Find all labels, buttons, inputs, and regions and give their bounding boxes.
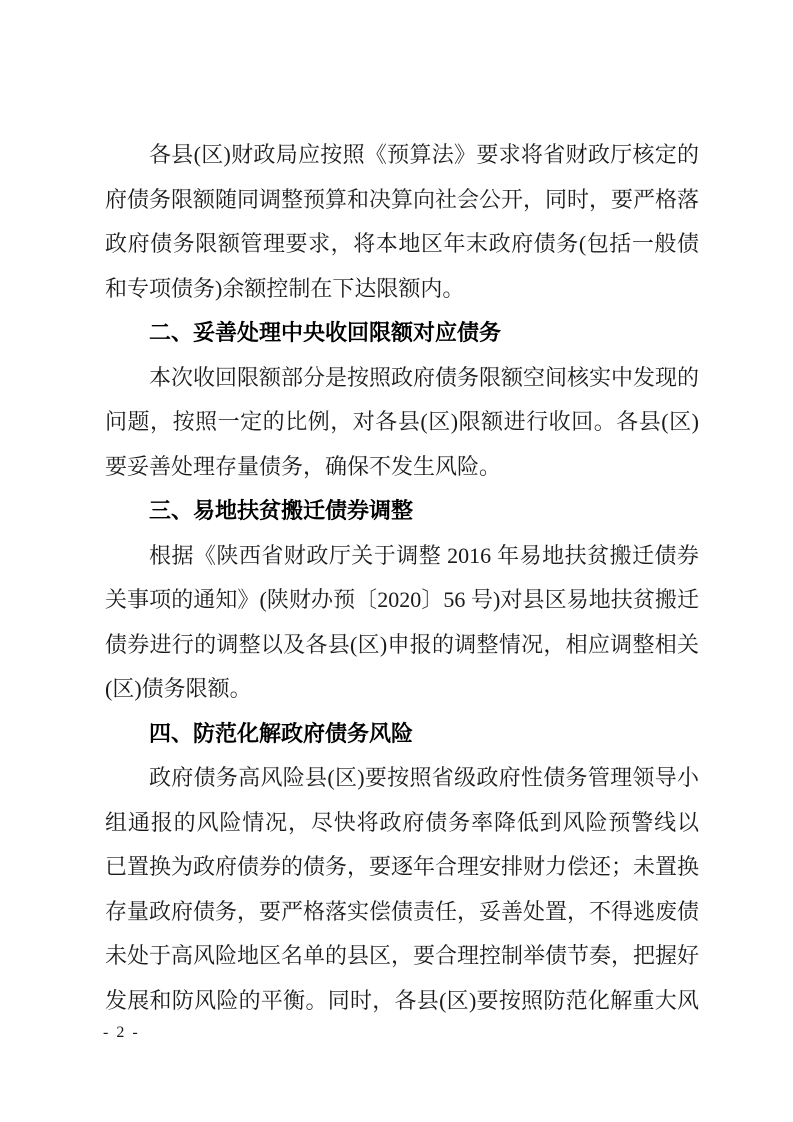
body-line: 关事项的通知》(陕财办预〔2020〕56 号)对县区易地扶贫搬迁: [105, 578, 699, 623]
body-line: 组通报的风险情况，尽快将政府债务率降低到风险预警线以下。: [105, 801, 699, 846]
section-heading-4: 四、防范化解政府债务风险: [105, 712, 699, 757]
document-page: 各县(区)财政局应按照《预算法》要求将省财政厅核定的政 府债务限额随同调整预算和…: [0, 0, 793, 1122]
body-line: 本次收回限额部分是按照政府债务限额空间核实中发现的: [105, 356, 699, 401]
body-line: 存量政府债务，要严格落实偿债责任，妥善处置，不得逃废债务。: [105, 890, 699, 935]
body-line: 政府债务高风险县(区)要按照省级政府性债务管理领导小: [105, 756, 699, 801]
section-heading-2: 二、妥善处理中央收回限额对应债务: [105, 311, 699, 356]
document-body: 各县(区)财政局应按照《预算法》要求将省财政厅核定的政 府债务限额随同调整预算和…: [105, 133, 699, 1023]
body-line: 各县(区)财政局应按照《预算法》要求将省财政厅核定的政: [105, 133, 699, 178]
body-line: 发展和防风险的平衡。同时，各县(区)要按照防范化解重大风险: [105, 979, 699, 1024]
body-line: 已置换为政府债券的债务，要逐年合理安排财力偿还；未置换的: [105, 845, 699, 890]
body-line: 问题，按照一定的比例，对各县(区)限额进行收回。各县(区): [105, 400, 699, 445]
body-line: 要妥善处理存量债务，确保不发生风险。: [105, 445, 699, 490]
body-line: (区)债务限额。: [105, 667, 699, 712]
section-heading-3: 三、易地扶贫搬迁债券调整: [105, 489, 699, 534]
body-line: 债券进行的调整以及各县(区)申报的调整情况，相应调整相关县: [105, 623, 699, 668]
body-line: 府债务限额随同调整预算和决算向社会公开，同时，要严格落实: [105, 178, 699, 223]
body-line: 政府债务限额管理要求，将本地区年末政府债务(包括一般债务: [105, 222, 699, 267]
body-line: 未处于高风险地区名单的县区，要合理控制举债节奏，把握好促: [105, 934, 699, 979]
body-line: 根据《陕西省财政厅关于调整 2016 年易地扶贫搬迁债券有: [105, 534, 699, 579]
page-number: - 2 -: [103, 1022, 140, 1044]
body-line: 和专项债务)余额控制在下达限额内。: [105, 267, 699, 312]
